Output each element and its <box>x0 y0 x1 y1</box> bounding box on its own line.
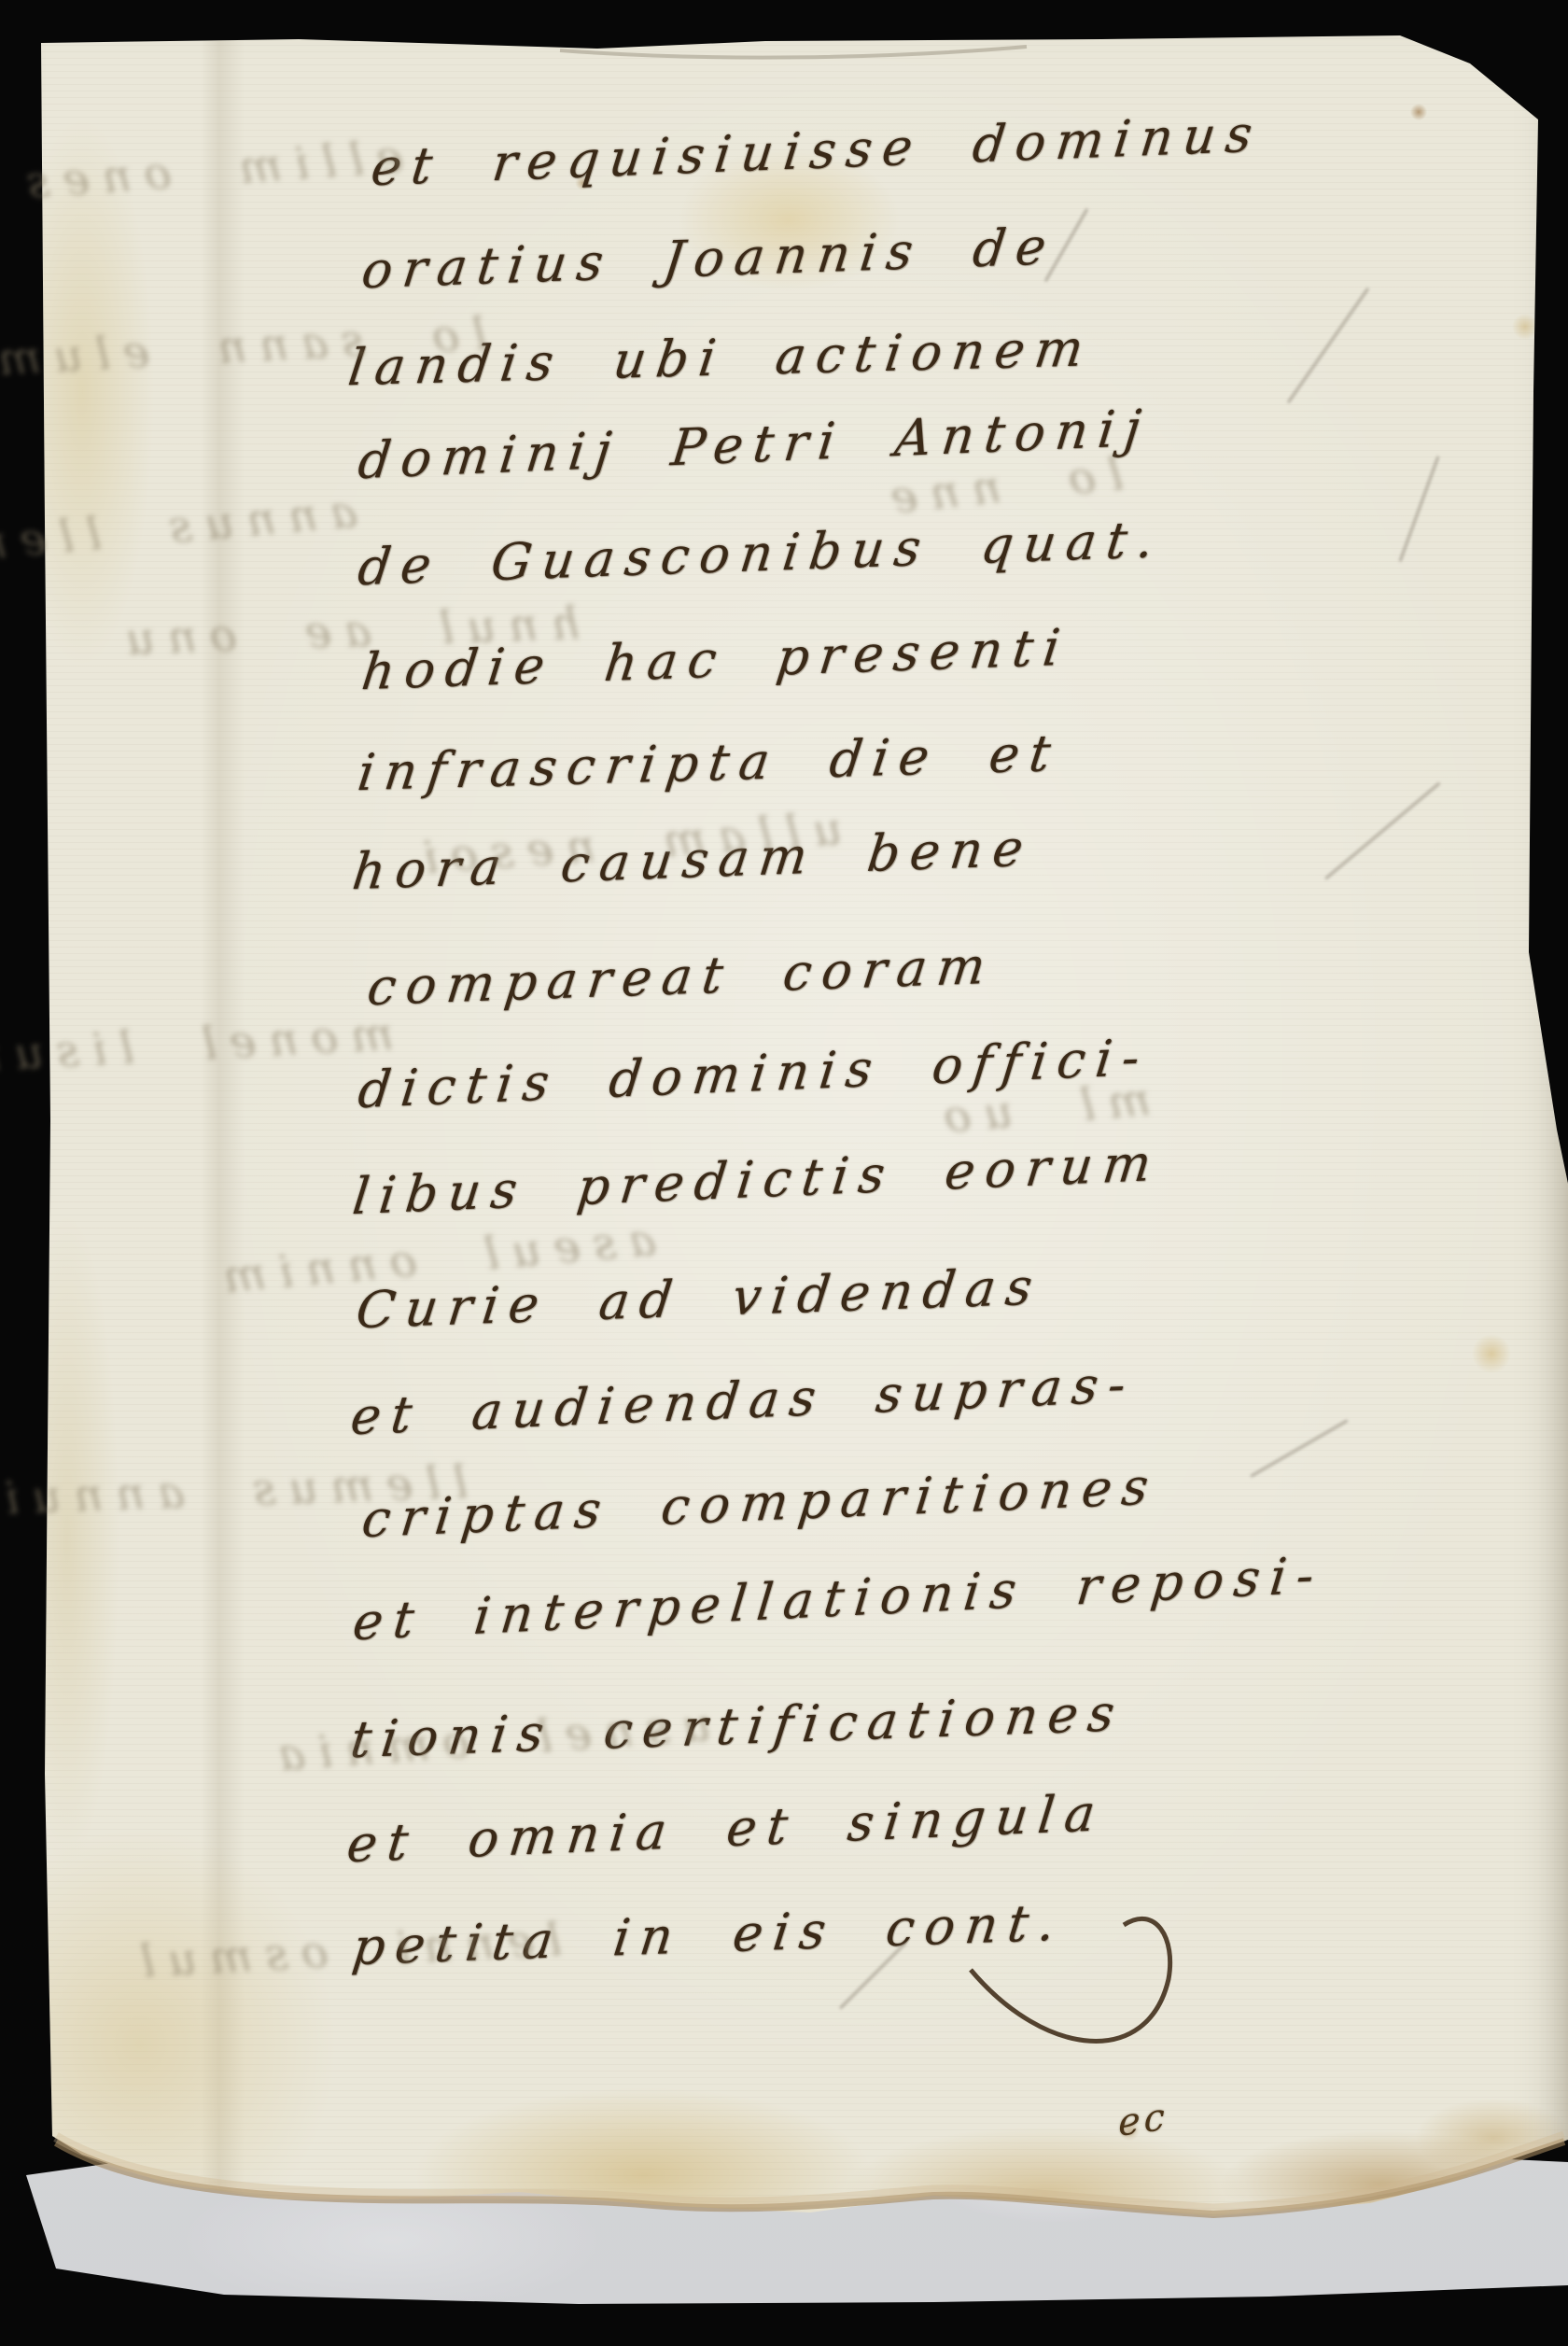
photo-background: ec et requisiuisse dominusoratius Joanni… <box>0 0 1568 2346</box>
marginal-mark: ec <box>1118 2095 1169 2145</box>
